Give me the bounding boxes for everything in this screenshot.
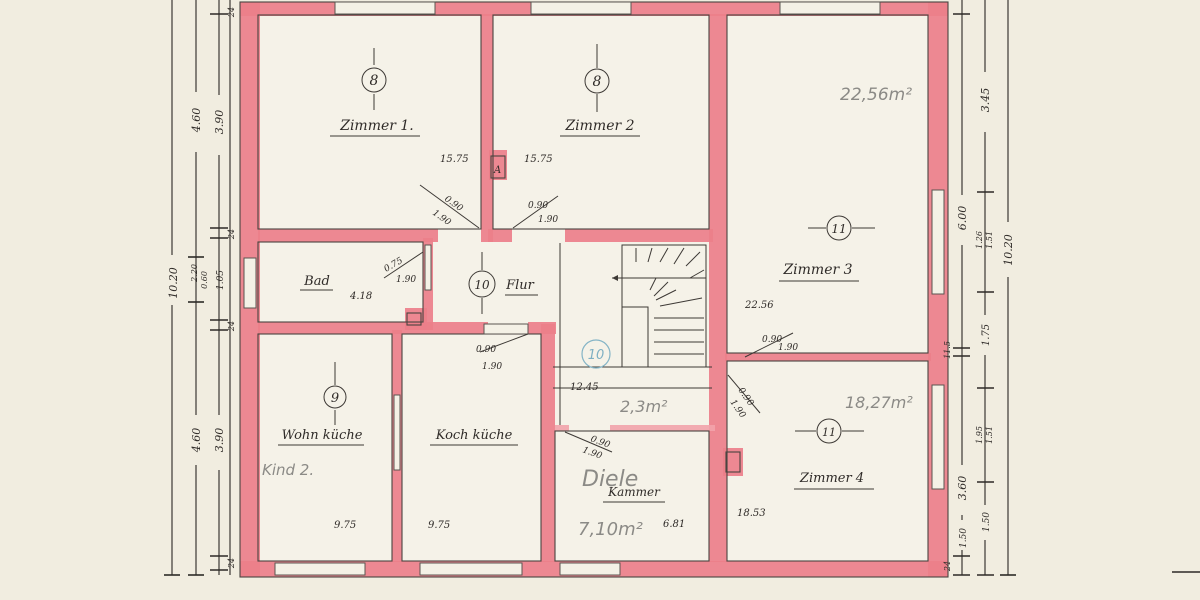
dim-right-frac2-bottom: 1.51 xyxy=(985,426,994,444)
floor-plan: 8 8 11 10 9 11 Zimmer 1. Zimmer 2 Zimmer… xyxy=(0,0,1200,600)
room-name-flur: Flur xyxy=(505,278,535,293)
area-zimmer2: 15.75 xyxy=(524,154,553,165)
door-height-bad: 1.90 xyxy=(396,275,416,285)
dim-right-inner-mid: 3.60 xyxy=(956,476,969,501)
door-height-kochkueche: 1.90 xyxy=(482,362,502,372)
dim-right-outer-top: 3.45 xyxy=(979,88,992,113)
room-name-bad: Bad xyxy=(303,274,330,289)
area-bad: 4.18 xyxy=(349,291,372,302)
area-kochkueche: 9.75 xyxy=(428,520,450,531)
area-kammer: 6.81 xyxy=(663,519,685,530)
dim-left-mid-a: 2.20 xyxy=(190,264,199,283)
room-name-zimmer1: Zimmer 1. xyxy=(339,118,414,134)
room-name-zimmer2: Zimmer 2 xyxy=(564,118,634,134)
area-zimmer1: 15.75 xyxy=(440,154,469,165)
room-name-kochkueche: Koch küche xyxy=(435,428,513,443)
pencil-area-flur: 2,3m² xyxy=(620,397,668,416)
pencil-area-zimmer4: 18,27m² xyxy=(845,393,913,412)
area-zimmer3: 22.56 xyxy=(744,300,774,311)
dim-right-wall-1: 11.5 xyxy=(943,341,952,359)
room-number-wohnkueche: 9 xyxy=(331,391,339,406)
door-width-kochkueche: 0.90 xyxy=(476,345,496,355)
room-number-zimmer1: 8 xyxy=(370,73,379,89)
room-number-flur: 10 xyxy=(474,278,490,292)
dim-right-frac2-top: 1.95 xyxy=(975,426,984,444)
chimney-label: A xyxy=(493,165,501,176)
dim-left-mid-b: 0.60 xyxy=(200,271,209,289)
room-name-wohnkueche: Wohn küche xyxy=(282,428,363,443)
dim-left-wall-1: 24 xyxy=(227,7,236,18)
room-name-zimmer4: Zimmer 4 xyxy=(799,471,864,486)
room-number-zimmer2: 8 xyxy=(593,74,602,90)
room-number-zimmer4: 11 xyxy=(822,426,836,439)
door-height-zimmer2: 1.90 xyxy=(538,215,558,225)
pencil-note-wohnkueche: Kind 2. xyxy=(262,461,314,479)
dim-left-inner-mid: 1.05 xyxy=(216,270,226,290)
pencil-area-kammer: 7,10m² xyxy=(578,519,643,540)
area-flur: 12.45 xyxy=(570,382,599,393)
dim-right-inner-bottom: 1.50 xyxy=(959,528,969,548)
blue-room-number-flur: 10 xyxy=(588,348,605,363)
pencil-note-diele: Diele xyxy=(582,467,638,492)
area-wohnkueche: 9.75 xyxy=(334,520,356,531)
room-name-zimmer3: Zimmer 3 xyxy=(782,262,852,278)
dim-left-overall: 10.20 xyxy=(167,267,180,299)
door-height-zimmer3: 1.90 xyxy=(778,343,798,353)
dim-left-wall-3: 24 xyxy=(227,321,236,332)
dim-right-wall-2: 24 xyxy=(943,561,952,572)
dim-right-outer-mid: 1.75 xyxy=(981,324,992,346)
pencil-area-zimmer3: 22,56m² xyxy=(840,85,912,105)
dim-right-inner-top: 6.00 xyxy=(956,206,969,231)
dim-left-top: 4.60 xyxy=(190,108,203,134)
dim-right-frac1-top: 1.26 xyxy=(975,231,984,249)
dim-right-outer-bottom: 1.50 xyxy=(982,512,992,532)
dim-left-bottom: 4.60 xyxy=(190,428,203,454)
dim-right-overall: 10.20 xyxy=(1002,234,1015,266)
area-zimmer4: 18.53 xyxy=(737,508,766,519)
room-number-zimmer3: 11 xyxy=(831,222,846,236)
dim-left-wall-4: 24 xyxy=(227,558,236,569)
dim-left-inner-bottom: 3.90 xyxy=(213,428,226,453)
dim-right-frac1-bottom: 1.51 xyxy=(985,231,994,249)
dim-left-inner-top: 3.90 xyxy=(213,110,226,135)
dim-left-wall-2: 24 xyxy=(227,229,236,240)
door-width-zimmer2: 0.90 xyxy=(528,201,548,211)
